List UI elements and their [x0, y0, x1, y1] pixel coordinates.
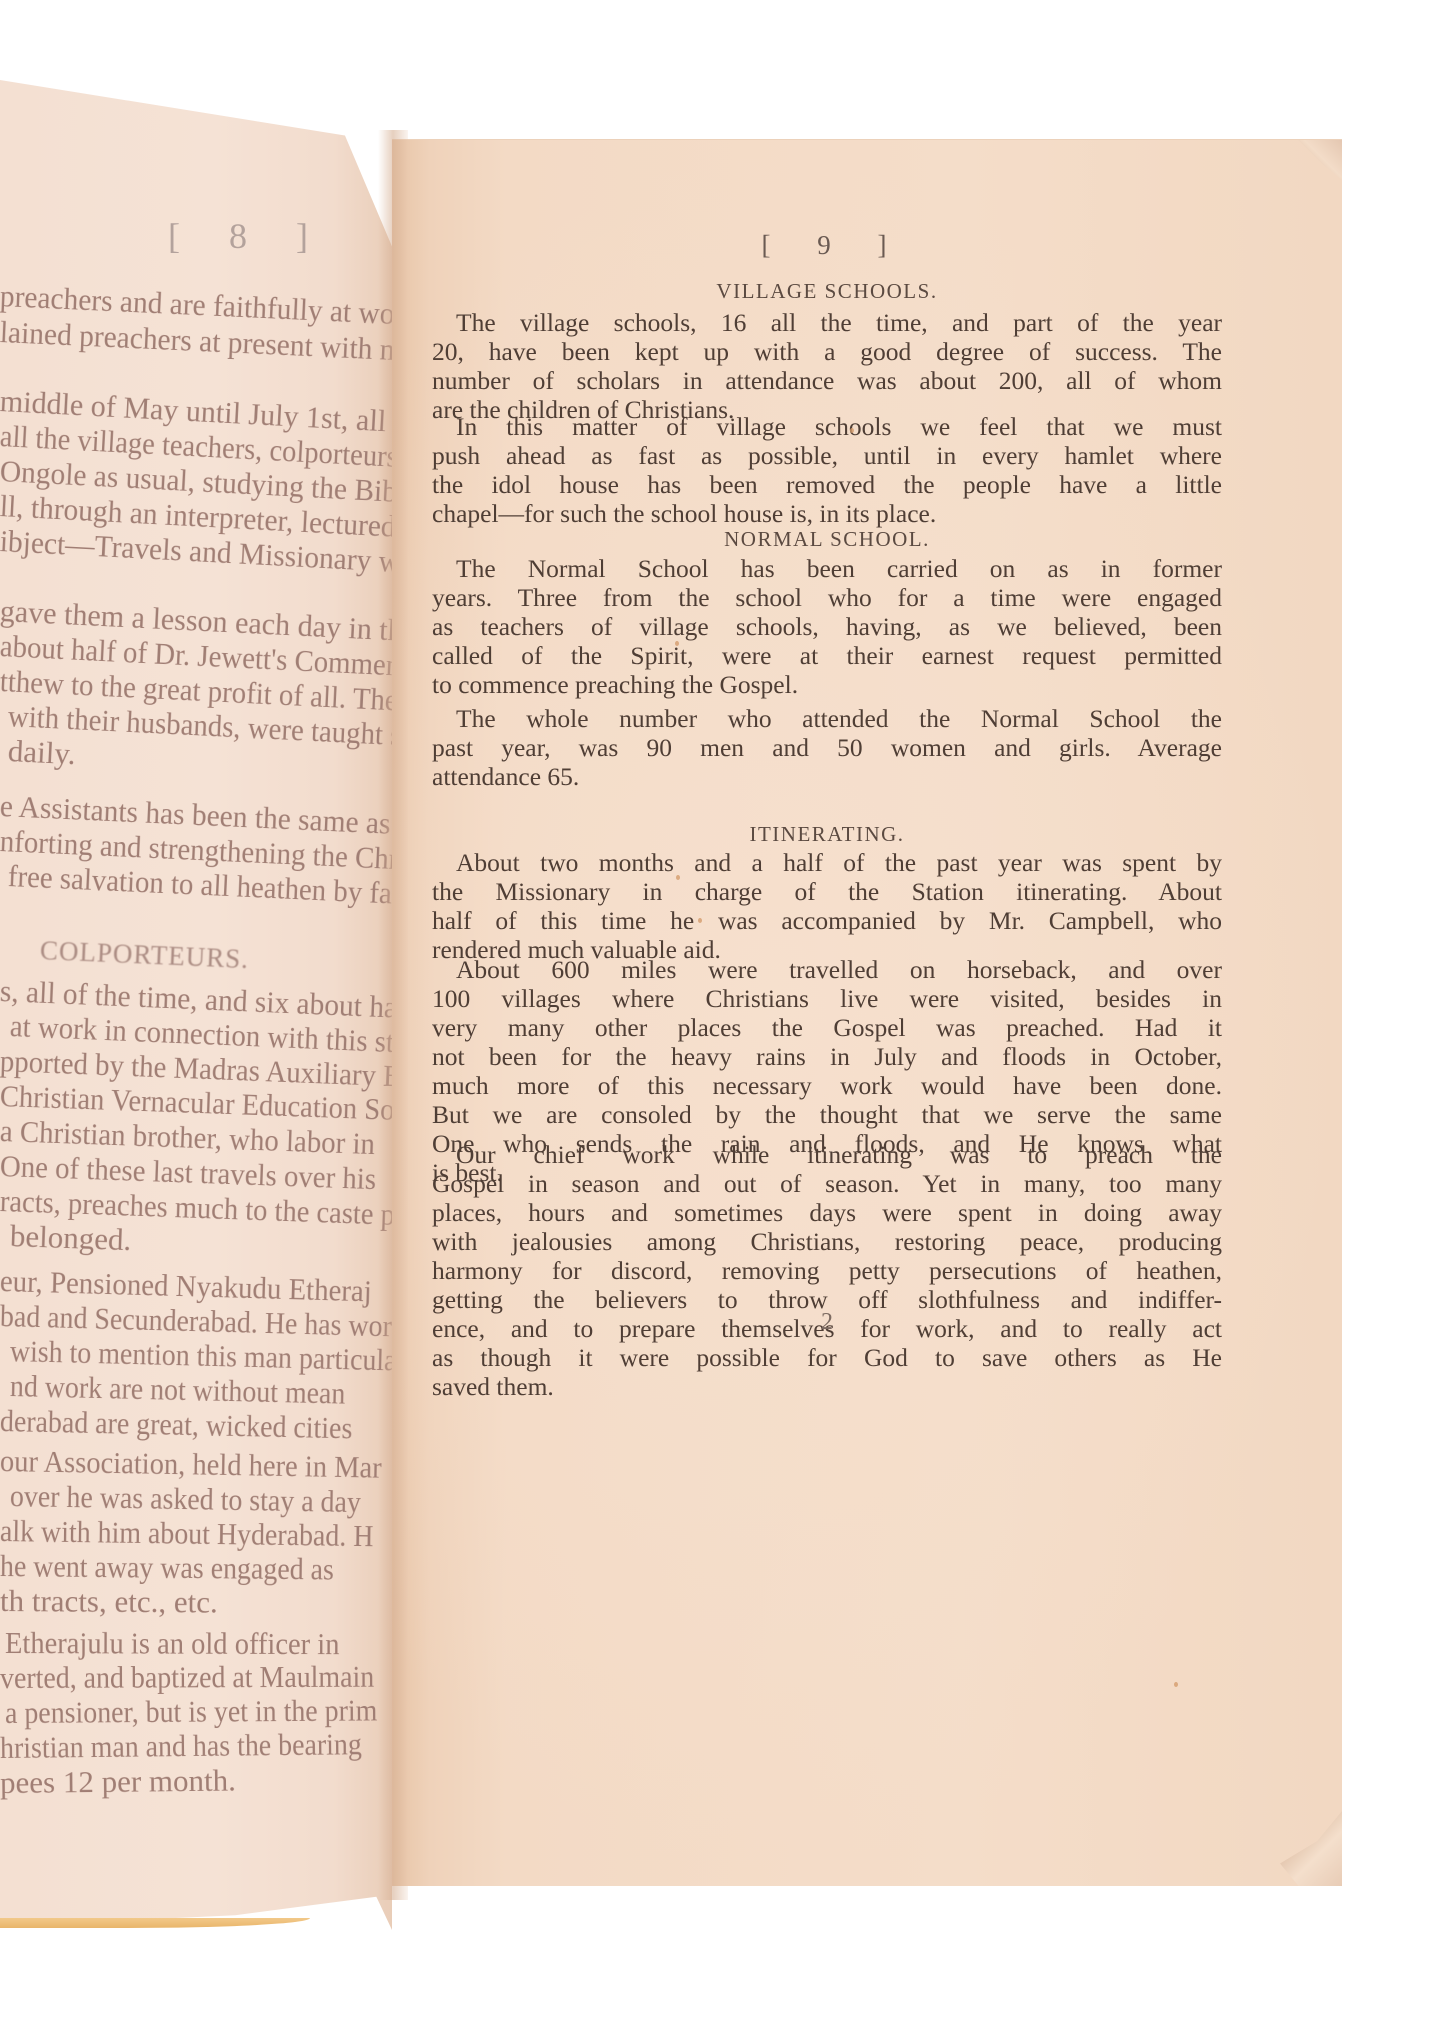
- left-text-line: th tracts, etc., etc.: [0, 1585, 218, 1618]
- text-line: About 600 miles were travelled on horseb…: [432, 955, 1222, 984]
- text-line: attendance 65.: [432, 762, 1222, 791]
- text-line: 20, have been kept up with a good degree…: [432, 337, 1222, 366]
- text-line: push ahead as fast as possible, until in…: [432, 441, 1222, 470]
- section-heading-itinerating: ITINERATING.: [432, 820, 1222, 849]
- text-line: the Missionary in charge of the Station …: [432, 877, 1222, 906]
- foxing-spot: [850, 428, 854, 433]
- left-text-line: pees 12 per month.: [0, 1765, 236, 1798]
- text-line: half of this time he was accompanied by …: [432, 906, 1222, 935]
- section-heading-village-schools: VILLAGE SCHOOLS.: [432, 277, 1222, 306]
- folio-number: 9: [817, 231, 837, 260]
- page-block-edge: [0, 1918, 310, 1928]
- text-line: But we are consoled by the thought that …: [432, 1100, 1222, 1129]
- text-line: past year, was 90 men and 50 women and g…: [432, 733, 1222, 762]
- left-text-line: nd work are not without mean: [10, 1370, 346, 1409]
- section-heading-normal-school: NORMAL SCHOOL.: [432, 525, 1222, 554]
- text-line: not been for the heavy rains in July and…: [432, 1042, 1222, 1071]
- text-line: called of the Spirit, were at their earn…: [432, 641, 1222, 670]
- text-line: years. Three from the school who for a t…: [432, 583, 1222, 612]
- text-line: Gospel in season and out of season. Yet …: [432, 1169, 1222, 1198]
- text-line: saved them.: [432, 1372, 1222, 1401]
- left-text-line: daily.: [7, 735, 76, 769]
- text-line: About two months and a half of the past …: [432, 848, 1222, 877]
- text-line: with jealousies among Christians, restor…: [432, 1227, 1222, 1256]
- left-page-verso: [ 8 ] preachers and are faithfully at wo…: [0, 80, 392, 1930]
- folio-bracket-close: ]: [878, 231, 893, 260]
- text-line: number of scholars in attendance was abo…: [432, 366, 1222, 395]
- corner-crease-bottom: [1280, 1811, 1342, 1886]
- text-line: as teachers of village schools, having, …: [432, 612, 1222, 641]
- left-text-line: hristian man and has the bearing: [0, 1728, 362, 1763]
- signature-mark: 2: [432, 1308, 1222, 1337]
- page-folio: [ 9 ]: [432, 231, 1222, 260]
- paragraph: In this matter of village schools we fee…: [432, 412, 1222, 528]
- left-text-line: Etherajulu is an old officer in: [5, 1627, 340, 1659]
- left-page-folio: [ 8 ]: [168, 215, 328, 257]
- folio-bracket-open: [: [762, 231, 777, 260]
- foxing-spot: [1174, 1682, 1178, 1687]
- left-text-line: derabad are great, wicked cities: [0, 1405, 353, 1443]
- left-text-line: he went away was engaged as: [0, 1550, 334, 1584]
- text-line: to commence preaching the Gospel.: [432, 670, 1222, 699]
- foxing-spot: [676, 875, 680, 880]
- foxing-spot: [675, 641, 679, 646]
- text-line: 100 villages where Christians live were …: [432, 984, 1222, 1013]
- right-page-recto: [ 9 ] VILLAGE SCHOOLS. The village schoo…: [392, 139, 1342, 1886]
- left-text-line: a pensioner, but is yet in the prim: [5, 1694, 378, 1728]
- paragraph: Our chief work while itinerating was to …: [432, 1140, 1222, 1401]
- text-line: places, hours and sometimes days were sp…: [432, 1198, 1222, 1227]
- text-line: Our chief work while itinerating was to …: [432, 1140, 1222, 1169]
- paragraph: The Normal School has been carried on as…: [432, 554, 1222, 699]
- text-line: very many other places the Gospel was pr…: [432, 1013, 1222, 1042]
- text-line: much more of this necessary work would h…: [432, 1071, 1222, 1100]
- left-section-heading: COLPORTEURS.: [39, 935, 249, 975]
- left-text-line: alk with him about Hyderabad. H: [0, 1515, 374, 1551]
- text-line: In this matter of village schools we fee…: [432, 412, 1222, 441]
- left-text-line: belonged.: [9, 1220, 131, 1255]
- text-line: The Normal School has been carried on as…: [432, 554, 1222, 583]
- left-text-line: our Association, held here in Mar: [0, 1445, 382, 1483]
- text-line: The village schools, 16 all the time, an…: [432, 308, 1222, 337]
- text-line: the idol house has been removed the peop…: [432, 470, 1222, 499]
- paragraph: The village schools, 16 all the time, an…: [432, 308, 1222, 424]
- left-text-line: verted, and baptized at Maulmain: [0, 1661, 374, 1693]
- paragraph: About two months and a half of the past …: [432, 848, 1222, 964]
- text-line: chapel—for such the school house is, in …: [432, 499, 1222, 528]
- paragraph: The whole number who attended the Normal…: [432, 704, 1222, 791]
- text-line: The whole number who attended the Normal…: [432, 704, 1222, 733]
- text-line: as though it were possible for God to sa…: [432, 1343, 1222, 1372]
- corner-crease-top: [1298, 140, 1342, 180]
- text-line: harmony for discord, removing petty pers…: [432, 1256, 1222, 1285]
- left-text-line: over he was asked to stay a day: [10, 1480, 361, 1517]
- foxing-spot: [698, 918, 702, 923]
